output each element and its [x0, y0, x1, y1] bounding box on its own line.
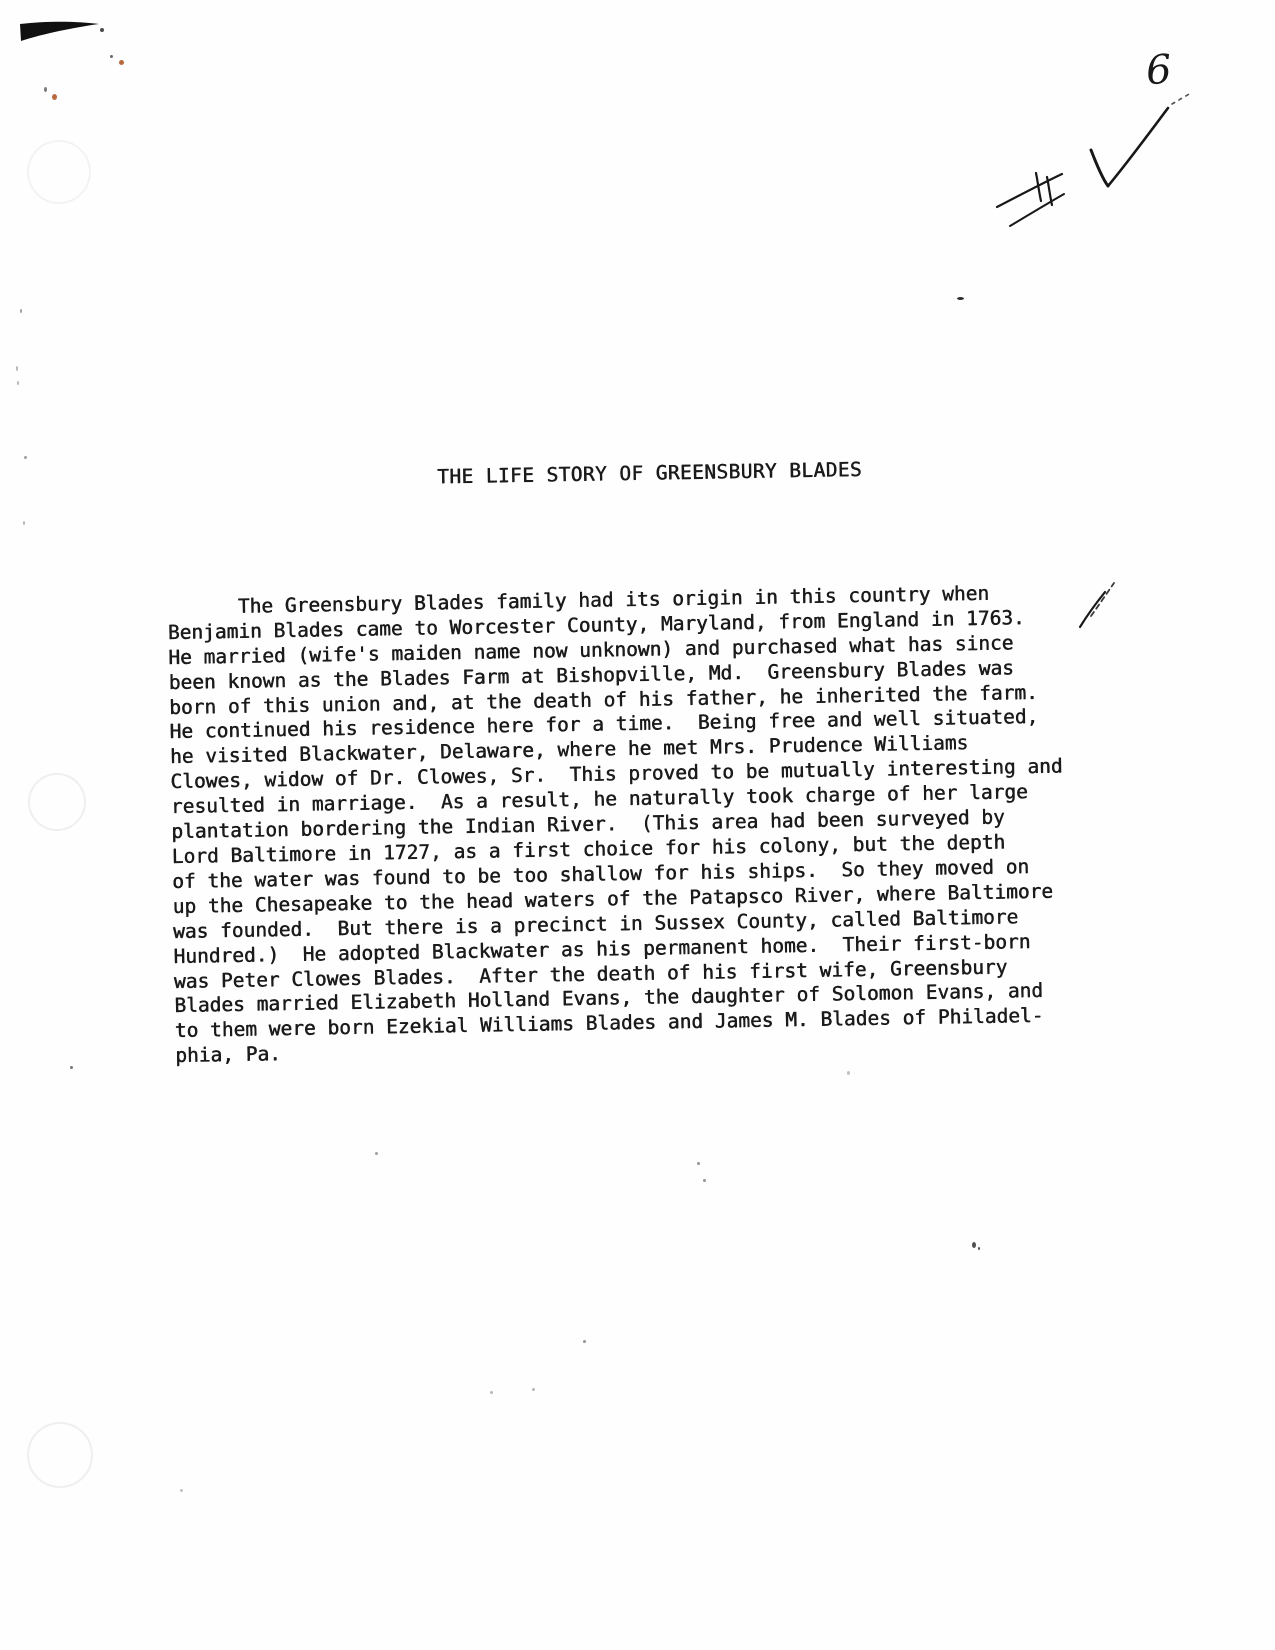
scan-speck — [119, 60, 124, 65]
scan-speck — [957, 297, 964, 300]
typed-lines: The Greensbury Blades family had its ori… — [167, 579, 1115, 1069]
hole-punch — [27, 1422, 93, 1488]
scan-speck — [100, 28, 104, 32]
hole-punch — [27, 140, 91, 204]
scan-speck — [24, 456, 27, 459]
scan-speck — [44, 87, 47, 92]
document-title: THE LIFE STORY OF GREENSBURY BLADES — [437, 454, 1105, 491]
scan-speck — [20, 309, 22, 313]
scan-speck — [23, 521, 25, 525]
scan-speck — [17, 381, 19, 385]
handwritten-checkmark — [1091, 93, 1191, 186]
scan-speck — [703, 1179, 706, 1182]
scan-speck — [972, 1242, 976, 1248]
scan-speck — [70, 1066, 73, 1069]
scan-speck — [180, 1489, 183, 1492]
typed-text-block: THE LIFE STORY OF GREENSBURY BLADES The … — [165, 454, 1115, 1069]
scan-speck — [16, 366, 18, 371]
hole-punch — [28, 773, 86, 831]
crossed-out-numeral-ii — [997, 173, 1064, 226]
scan-speck — [697, 1162, 700, 1165]
scan-speck — [490, 1391, 493, 1394]
scan-speck — [532, 1388, 535, 1391]
scan-speck — [52, 94, 57, 100]
scan-speck — [583, 1340, 586, 1343]
scan-speck — [110, 55, 113, 58]
scan-speck — [375, 1152, 378, 1155]
scan-speck — [847, 1071, 850, 1075]
handwritten-page-number: 6 — [1144, 47, 1173, 95]
scanner-wedge-artifact — [20, 22, 99, 41]
document-page: THE LIFE STORY OF GREENSBURY BLADES The … — [0, 0, 1275, 1650]
scan-speck — [978, 1247, 980, 1250]
